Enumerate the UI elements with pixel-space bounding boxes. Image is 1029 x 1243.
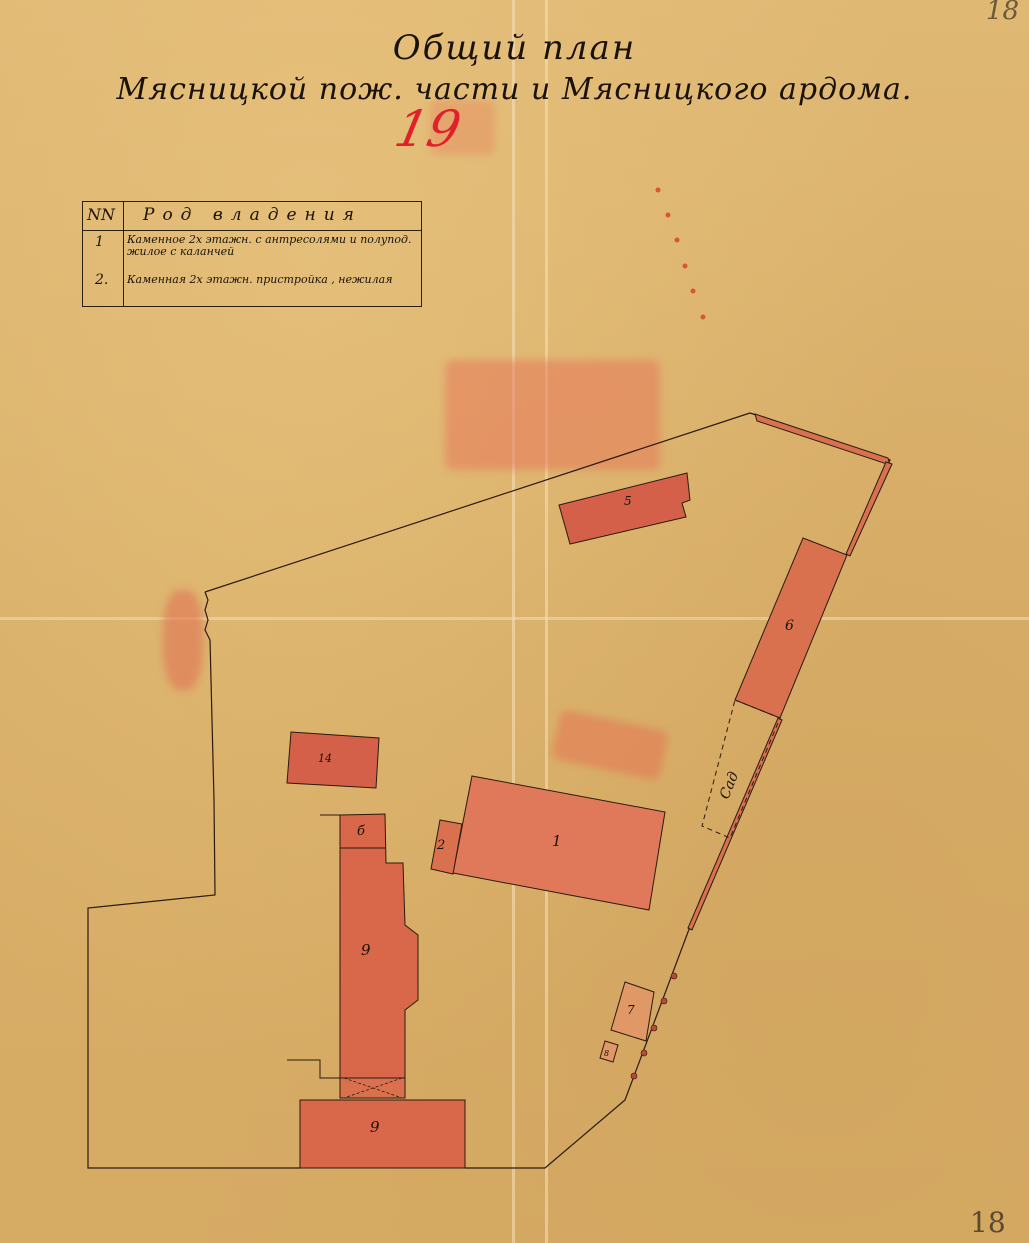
building-label-14: 14	[318, 752, 332, 765]
building-label-small: б	[357, 824, 365, 839]
building-label-8: 8	[604, 1049, 609, 1058]
boundary-wall	[846, 462, 892, 556]
building-label-6: 6	[785, 618, 794, 634]
garden-area	[702, 700, 780, 838]
building-label-9-lower: 9	[370, 1118, 380, 1136]
boundary-wall	[755, 414, 890, 465]
building-9-upper	[340, 814, 418, 1078]
building-label-2: 2	[436, 838, 445, 853]
building-label-9-upper: 9	[361, 941, 371, 959]
building-9-lower	[300, 1100, 465, 1168]
site-plan-drawing: 5 6 14 б 2 1 9 9 7 8 Сад	[0, 0, 1029, 1243]
garden-label: Сад	[717, 769, 742, 801]
building-14	[287, 732, 379, 788]
building-label-5: 5	[624, 494, 632, 508]
building-5	[559, 473, 690, 544]
building-label-7: 7	[627, 1003, 635, 1017]
building-label-1: 1	[552, 832, 562, 850]
red-dots	[656, 188, 706, 320]
